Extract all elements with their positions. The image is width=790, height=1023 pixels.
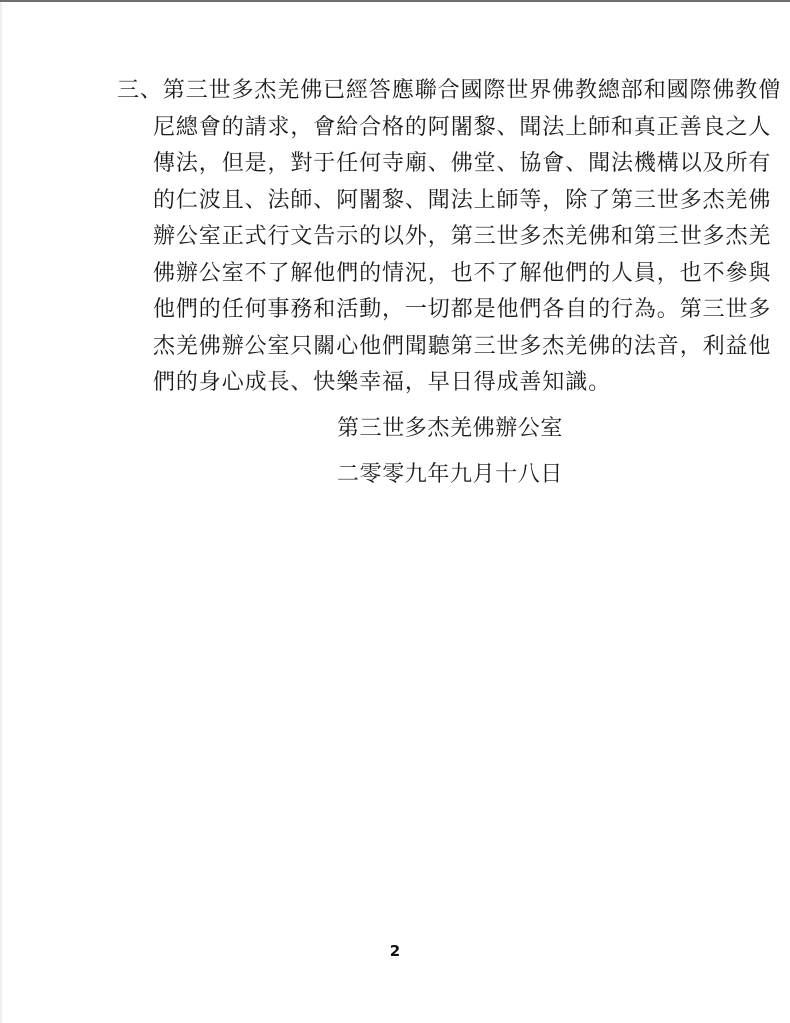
paragraph-line: 三、第三世多杰羌佛已經答應聯合國際世界佛教總部和國際佛教僧 <box>117 73 717 110</box>
paragraph-line: 傳法，但是，對于任何寺廟、佛堂、協會、聞法機構以及所有 <box>117 146 717 183</box>
paragraph-line: 們的身心成長、快樂幸福，早日得成善知識。 <box>117 365 717 402</box>
document-page: 三、第三世多杰羌佛已經答應聯合國際世界佛教總部和國際佛教僧 尼總會的請求，會給合… <box>0 0 790 1023</box>
paragraph-line: 杰羌佛辦公室只關心他們聞聽第三世多杰羌佛的法音，利益他 <box>117 329 717 366</box>
paragraph-line: 辦公室正式行文告示的以外，第三世多杰羌佛和第三世多杰羌 <box>117 219 717 256</box>
numbered-paragraph-three: 三、第三世多杰羌佛已經答應聯合國際世界佛教總部和國際佛教僧 尼總會的請求，會給合… <box>117 73 717 402</box>
signature-block: 第三世多杰羌佛辦公室 二零零九年九月十八日 <box>337 406 563 498</box>
paragraph-line: 他們的任何事務和活動，一切都是他們各自的行為。第三世多 <box>117 292 717 329</box>
paragraph-line: 的仁波且、法師、阿闍黎、聞法上師等，除了第三世多杰羌佛 <box>117 183 717 220</box>
page-number: 2 <box>0 942 790 960</box>
signature-date: 二零零九年九月十八日 <box>337 452 563 498</box>
signature-office: 第三世多杰羌佛辦公室 <box>337 406 563 452</box>
paragraph-line: 佛辦公室不了解他們的情況，也不了解他們的人員，也不參與 <box>117 256 717 293</box>
paragraph-line: 尼總會的請求，會給合格的阿闍黎、聞法上師和真正善良之人 <box>117 110 717 147</box>
